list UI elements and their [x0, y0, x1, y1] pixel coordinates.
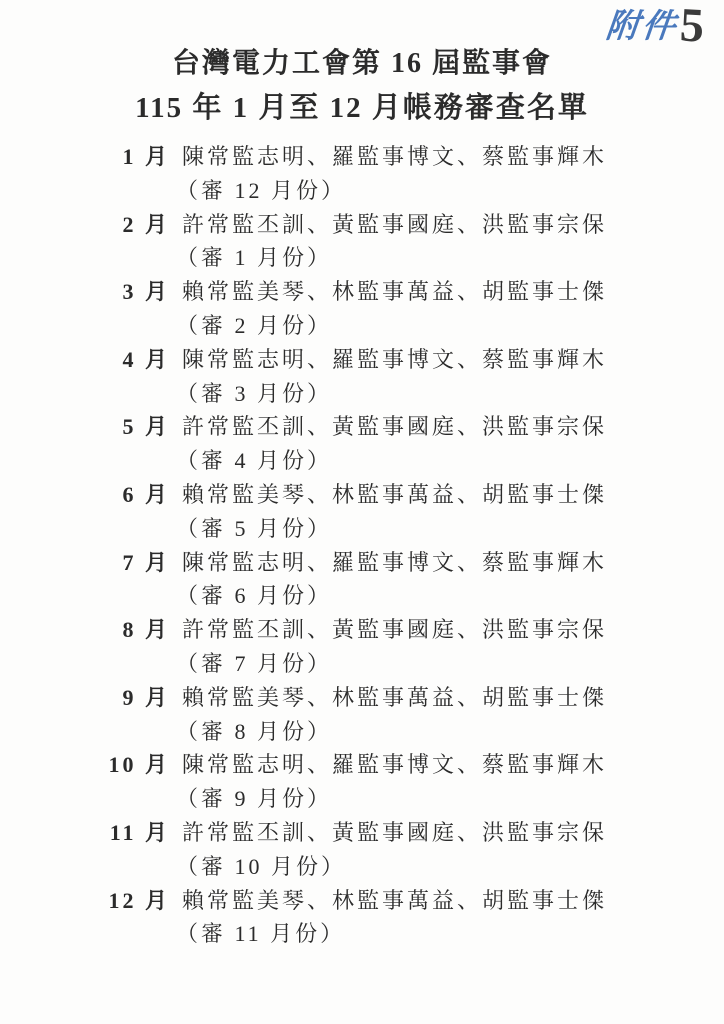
- audit-entry-jun: 6 月 賴常監美琴、林監事萬益、胡監事士傑 （審 5 月份）: [0, 478, 724, 546]
- audit-entry-feb: 2 月 許常監丕訓、黃監事國庭、洪監事宗保 （審 1 月份）: [0, 208, 724, 276]
- attachment-annotation: 附件5: [606, 4, 704, 50]
- audited-month: （審 8 月份）: [0, 715, 724, 749]
- audited-month: （審 2 月份）: [0, 309, 724, 343]
- audit-entry-may: 5 月 許常監丕訓、黃監事國庭、洪監事宗保 （審 4 月份）: [0, 410, 724, 478]
- document-title: 台灣電力工會第 16 屆監事會: [0, 46, 724, 82]
- month-label: 5 月: [106, 410, 170, 444]
- audited-month: （審 5 月份）: [0, 512, 724, 546]
- document-subtitle: 115 年 1 月至 12 月帳務審查名單: [0, 90, 724, 126]
- attachment-label: 附件: [604, 4, 681, 50]
- month-label: 2 月: [106, 208, 170, 242]
- month-label: 4 月: [106, 343, 170, 377]
- audit-schedule-list: 1 月 陳常監志明、羅監事博文、蔡監事輝木 （審 12 月份） 2 月 許常監丕…: [0, 140, 724, 951]
- auditor-names: 陳常監志明、羅監事博文、蔡監事輝木: [182, 140, 607, 174]
- month-label: 10 月: [106, 748, 170, 782]
- auditor-names: 許常監丕訓、黃監事國庭、洪監事宗保: [182, 816, 607, 850]
- month-label: 8 月: [106, 613, 170, 647]
- audited-month: （審 6 月份）: [0, 579, 724, 613]
- audit-entry-apr: 4 月 陳常監志明、羅監事博文、蔡監事輝木 （審 3 月份）: [0, 343, 724, 411]
- auditor-names: 賴常監美琴、林監事萬益、胡監事士傑: [182, 681, 607, 715]
- audit-entry-oct: 10 月 陳常監志明、羅監事博文、蔡監事輝木 （審 9 月份）: [0, 748, 724, 816]
- month-label: 7 月: [106, 546, 170, 580]
- attachment-number: 5: [679, 3, 705, 48]
- month-label: 9 月: [106, 681, 170, 715]
- audit-entry-jan: 1 月 陳常監志明、羅監事博文、蔡監事輝木 （審 12 月份）: [0, 140, 724, 208]
- audit-entry-nov: 11 月 許常監丕訓、黃監事國庭、洪監事宗保 （審 10 月份）: [0, 816, 724, 884]
- month-label: 12 月: [106, 884, 170, 918]
- auditor-names: 許常監丕訓、黃監事國庭、洪監事宗保: [182, 410, 607, 444]
- audited-month: （審 3 月份）: [0, 377, 724, 411]
- audit-entry-jul: 7 月 陳常監志明、羅監事博文、蔡監事輝木 （審 6 月份）: [0, 546, 724, 614]
- auditor-names: 賴常監美琴、林監事萬益、胡監事士傑: [182, 478, 607, 512]
- audit-entry-aug: 8 月 許常監丕訓、黃監事國庭、洪監事宗保 （審 7 月份）: [0, 613, 724, 681]
- audited-month: （審 1 月份）: [0, 241, 724, 275]
- audited-month: （審 9 月份）: [0, 782, 724, 816]
- auditor-names: 賴常監美琴、林監事萬益、胡監事士傑: [182, 275, 607, 309]
- document-page: 附件5 台灣電力工會第 16 屆監事會 115 年 1 月至 12 月帳務審查名…: [0, 0, 724, 1024]
- audited-month: （審 10 月份）: [0, 850, 724, 884]
- audited-month: （審 7 月份）: [0, 647, 724, 681]
- audit-entry-mar: 3 月 賴常監美琴、林監事萬益、胡監事士傑 （審 2 月份）: [0, 275, 724, 343]
- auditor-names: 許常監丕訓、黃監事國庭、洪監事宗保: [182, 208, 607, 242]
- auditor-names: 陳常監志明、羅監事博文、蔡監事輝木: [182, 343, 607, 377]
- audit-entry-dec: 12 月 賴常監美琴、林監事萬益、胡監事士傑 （審 11 月份）: [0, 884, 724, 952]
- audited-month: （審 12 月份）: [0, 174, 724, 208]
- audit-entry-sep: 9 月 賴常監美琴、林監事萬益、胡監事士傑 （審 8 月份）: [0, 681, 724, 749]
- auditor-names: 賴常監美琴、林監事萬益、胡監事士傑: [182, 884, 607, 918]
- auditor-names: 陳常監志明、羅監事博文、蔡監事輝木: [182, 748, 607, 782]
- auditor-names: 陳常監志明、羅監事博文、蔡監事輝木: [182, 546, 607, 580]
- month-label: 6 月: [106, 478, 170, 512]
- audited-month: （審 4 月份）: [0, 444, 724, 478]
- month-label: 11 月: [106, 816, 170, 850]
- month-label: 3 月: [106, 275, 170, 309]
- auditor-names: 許常監丕訓、黃監事國庭、洪監事宗保: [182, 613, 607, 647]
- audited-month: （審 11 月份）: [0, 917, 724, 951]
- month-label: 1 月: [106, 140, 170, 174]
